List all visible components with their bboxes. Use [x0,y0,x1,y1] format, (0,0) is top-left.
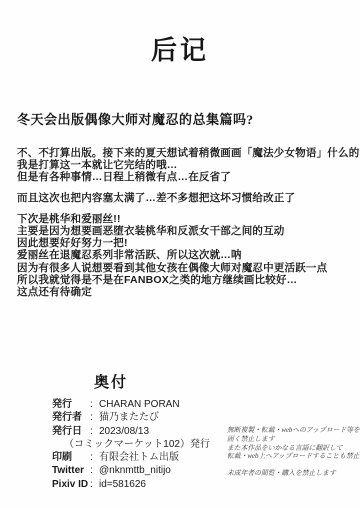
colophon-row-event: （コミックマーケット102）発行 [52,438,210,451]
text-line: 因此想要好好努力一把! [17,237,285,249]
colophon-separator: : [90,451,99,464]
colophon-value: （コミックマーケット102）発行 [64,438,210,451]
colophon-value: CHARAN PORAN [99,398,180,411]
text-line: 下次是桃华和爱丽丝!! [17,213,285,225]
afterword-paragraph-3: 下次是桃华和爱丽丝!! 主要是因为想要画恶堕衣装桃华和反派女干部之间的互动 因此… [17,213,285,261]
colophon-row-twitter: Twitter:@nknmttb_nitijo [52,464,210,477]
page-title: 后记 [0,30,360,67]
copyright-disclaimer: 無断複製・転載・webへのアップロード等を 固く禁止します また本作品をいかなる… [227,427,357,479]
text-line: 所以我就觉得是不是在FANBOX之类的地方继续画比较好… [17,274,327,286]
text-line: 这点还有待确定 [17,286,327,298]
text-line: 因为有很多人说想要看到其他女孩在偶像大师对魔忍中更活跃一点 [17,262,327,274]
colophon-separator: : [90,478,99,491]
disclaimer-line: 固く禁止します [227,436,357,445]
colophon-label: 発行 [52,398,90,411]
colophon-separator: : [90,464,99,477]
colophon-row-author: 発行者:猫乃またたび [52,411,210,424]
colophon-row-pixiv: Pixiv ID:id=581626 [52,478,210,491]
colophon-value: id=581626 [99,478,146,491]
disclaimer-line: 転載・web上へアップロードすることも禁止します [227,453,357,462]
afterword-paragraph-2: 而且这次也把内容塞太满了…差不多想把这坏习惯给改正了 [17,192,295,204]
colophon-separator: : [90,398,99,411]
colophon-block: 発行:CHARAN PORAN 発行者:猫乃またたび 発行日:2023/08/1… [52,398,210,491]
colophon-row-date: 発行日:2023/08/13 [52,425,210,438]
disclaimer-line: 無断複製・転載・webへのアップロード等を [227,427,357,436]
colophon-label [52,438,64,451]
afterword-question: 冬天会出版偶像大师对魔忍的总集篇吗? [17,109,254,128]
colophon-label: 発行日 [52,425,90,438]
colophon-separator: : [90,411,99,424]
text-line: 爱丽丝在退魔忍系列非常活跃、所以这次就…呐 [17,249,285,261]
colophon-label: Pixiv ID [52,478,90,491]
colophon-row-publisher: 発行:CHARAN PORAN [52,398,210,411]
colophon-row-printer: 印刷:有限会社トム出版 [52,451,210,464]
colophon-value: @nknmttb_nitijo [99,464,171,477]
text-line: 主要是因为想要画恶堕衣装桃华和反派女干部之间的互动 [17,225,285,237]
text-line: 我是打算这一本就让它完结的哦… [17,159,360,171]
text-line: 但是有各种事情…日程上稍微有点…在反省了 [17,171,360,183]
colophon-separator: : [90,425,99,438]
text-line: 而且这次也把内容塞太满了…差不多想把这坏习惯给改正了 [17,192,295,204]
afterword-page: 后记 冬天会出版偶像大师对魔忍的总集篇吗? 不、不打算出版。接下来的夏天想试着稍… [0,0,360,508]
afterword-paragraph-4: 因为有很多人说想要看到其他女孩在偶像大师对魔忍中更活跃一点 所以我就觉得是不是在… [17,262,327,298]
afterword-paragraph-1: 不、不打算出版。接下来的夏天想试着稍微画画「魔法少女物语」什么的… 我是打算这一… [17,147,360,183]
text-line: 不、不打算出版。接下来的夏天想试着稍微画画「魔法少女物语」什么的… [17,147,360,159]
colophon-value: 猫乃またたび [99,411,159,424]
disclaimer-line: 未成年者の閲覧・購入を禁止します [227,470,357,479]
colophon-value: 有限会社トム出版 [99,451,179,464]
colophon-title: 奥付 [94,371,128,392]
colophon-label: 発行者 [52,411,90,424]
colophon-value: 2023/08/13 [99,425,149,438]
colophon-label: Twitter [52,464,90,477]
colophon-label: 印刷 [52,451,90,464]
